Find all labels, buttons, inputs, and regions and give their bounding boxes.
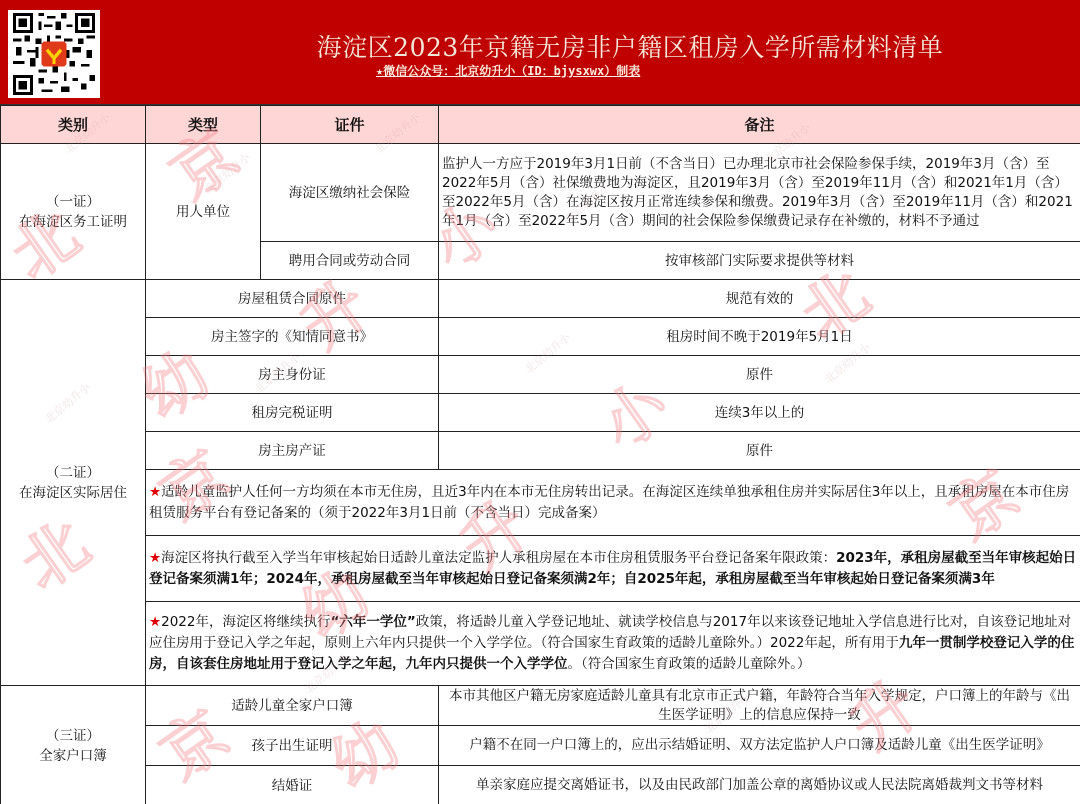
document-cell: 结婚证: [146, 766, 439, 804]
category-cell-household-register: （三证） 全家户口簿: [1, 686, 146, 804]
document-cell: 房主身份证: [146, 356, 439, 394]
table-row: 房主房产证 原件: [1, 432, 1080, 470]
category-label: （三证）: [5, 726, 141, 746]
category-title: 在海淀区务工证明: [5, 212, 141, 232]
table-row: （一证） 在海淀区务工证明 用人单位 海淀区缴纳社会保险 监护人一方应于2019…: [1, 144, 1080, 242]
note-cell: 原件: [439, 432, 1080, 470]
header-notes: 备注: [439, 106, 1080, 144]
category-title: 全家户口簿: [5, 746, 141, 766]
notice-six-year-policy: ★2022年，海淀区将继续执行“六年一学位”政策，将适龄儿童入学登记地址、就读学…: [146, 602, 1080, 686]
note-cell: 单亲家庭应提交离婚证书，以及由民政部门加盖公章的离婚协议或人民法院离婚裁判文书等…: [439, 766, 1080, 804]
note-cell: 监护人一方应于2019年3月1日前（不含当日）已办理北京市社会保险参保手续，20…: [439, 144, 1080, 242]
document-cell: 房主签字的《知情同意书》: [146, 318, 439, 356]
star-icon: ★: [149, 550, 161, 566]
star-icon: ★: [149, 484, 161, 500]
table-row: 孩子出生证明 户籍不在同一户口簿上的，应出示结婚证明、双方法定监护人户口簿及适龄…: [1, 726, 1080, 766]
category-label: （二证）: [5, 463, 141, 483]
category-cell-work-proof: （一证） 在海淀区务工证明: [1, 144, 146, 280]
header-document: 证件: [261, 106, 439, 144]
wechat-account-credit: ★微信公众号：北京幼升小（ID：bjysxwx）制表: [376, 62, 640, 79]
notice-text: 适龄儿童监护人任何一方均须在本市无住房，且近3年内在本市无住房转出记录。在海淀区…: [149, 484, 1069, 521]
table-header-row: 类别 类型 证件 备注: [1, 106, 1080, 144]
document-cell: 海淀区缴纳社会保险: [261, 144, 439, 242]
notice-text: 2022年，海淀区将继续执行: [161, 614, 330, 630]
note-cell: 规范有效的: [439, 280, 1080, 318]
note-cell: 连续3年以上的: [439, 394, 1080, 432]
document-cell: 租房完税证明: [146, 394, 439, 432]
note-cell: 租房时间不晚于2019年5月1日: [439, 318, 1080, 356]
document-cell: 房屋租赁合同原件: [146, 280, 439, 318]
note-cell: 原件: [439, 356, 1080, 394]
notice-no-housing: ★适龄儿童监护人任何一方均须在本市无住房，且近3年内在本市无住房转出记录。在海淀…: [146, 470, 1080, 536]
document-cell: 适龄儿童全家户口簿: [146, 686, 439, 726]
notice-text: 海淀区将执行截至入学当年审核起始日适龄儿童法定监护人承租房屋在本市住房租赁服务平…: [161, 550, 836, 566]
category-cell-residence-proof: （二证） 在海淀区实际居住: [1, 280, 146, 686]
table-row: ★2022年，海淀区将继续执行“六年一学位”政策，将适龄儿童入学登记地址、就读学…: [1, 602, 1080, 686]
qr-code-icon: [8, 10, 100, 98]
table-row: ★适龄儿童监护人任何一方均须在本市无住房，且近3年内在本市无住房转出记录。在海淀…: [1, 470, 1080, 536]
table-row: 房主身份证 原件: [1, 356, 1080, 394]
document-cell: 房主房产证: [146, 432, 439, 470]
header-category: 类别: [1, 106, 146, 144]
document-cell: 聘用合同或劳动合同: [261, 242, 439, 280]
category-title: 在海淀区实际居住: [5, 483, 141, 503]
table-row: 结婚证 单亲家庭应提交离婚证书，以及由民政部门加盖公章的离婚协议或人民法院离婚裁…: [1, 766, 1080, 804]
star-icon: ★: [149, 614, 161, 630]
table-row: 租房完税证明 连续3年以上的: [1, 394, 1080, 432]
table-row: 房主签字的《知情同意书》 租房时间不晚于2019年5月1日: [1, 318, 1080, 356]
type-cell-employer: 用人单位: [146, 144, 261, 280]
note-cell: 按审核部门实际要求提供等材料: [439, 242, 1080, 280]
note-cell: 户籍不在同一户口簿上的，应出示结婚证明、双方法定监护人户口簿及适龄儿童《出生医学…: [439, 726, 1080, 766]
document-cell: 孩子出生证明: [146, 726, 439, 766]
materials-table: 类别 类型 证件 备注 （一证） 在海淀区务工证明 用人单位 海淀区缴纳社会保险…: [0, 105, 1080, 804]
header-type: 类型: [146, 106, 261, 144]
table-row: （二证） 在海淀区实际居住 房屋租赁合同原件 规范有效的: [1, 280, 1080, 318]
title-banner: 海淀区2023年京籍无房非户籍区租房入学所需材料清单 ★微信公众号：北京幼升小（…: [0, 0, 1080, 105]
notice-registration-period: ★海淀区将执行截至入学当年审核起始日适龄儿童法定监护人承租房屋在本市住房租赁服务…: [146, 536, 1080, 602]
table-row: （三证） 全家户口簿 适龄儿童全家户口簿 本市其他区户籍无房家庭适龄儿童具有北京…: [1, 686, 1080, 726]
page-title: 海淀区2023年京籍无房非户籍区租房入学所需材料清单: [180, 28, 1080, 64]
notice-text: 。（符合国家生育政策的适龄儿童除外。）: [568, 656, 811, 672]
note-cell: 本市其他区户籍无房家庭适龄儿童具有北京市正式户籍，年龄符合当年入学规定，户口簿上…: [439, 686, 1080, 726]
table-row: ★海淀区将执行截至入学当年审核起始日适龄儿童法定监护人承租房屋在本市住房租赁服务…: [1, 536, 1080, 602]
category-label: （一证）: [5, 192, 141, 212]
notice-text-bold: “六年一学位”: [330, 614, 415, 630]
